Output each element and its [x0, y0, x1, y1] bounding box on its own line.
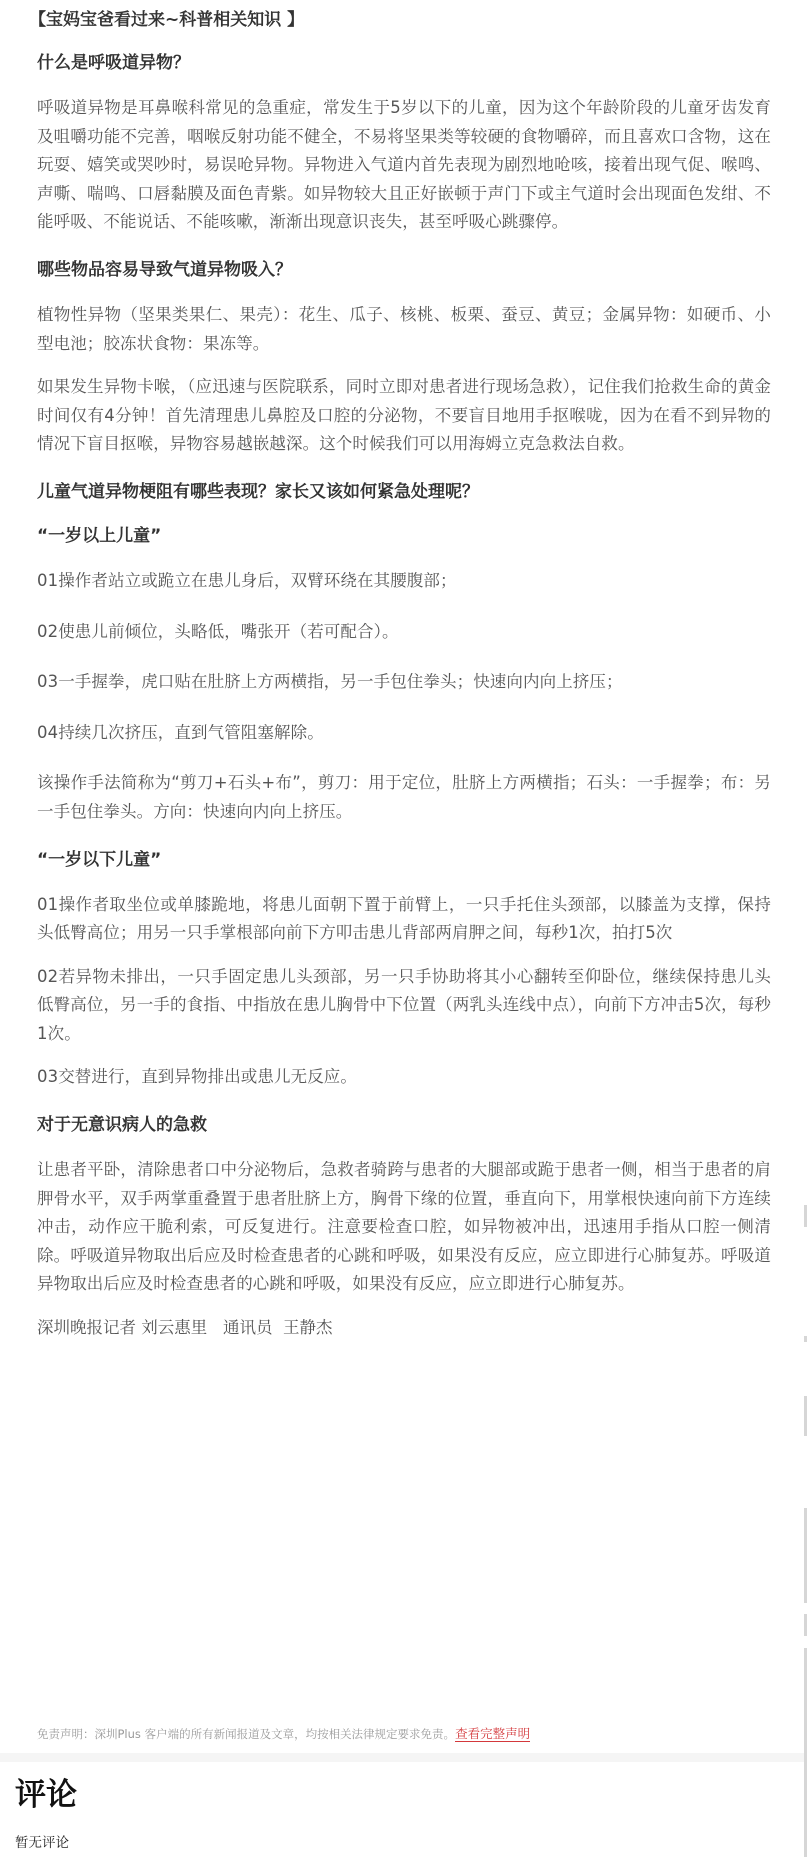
paragraph: 呼吸道异物是耳鼻喉科常见的急重症，常发生于5岁以下的儿童，因为这个年龄阶段的儿童…	[37, 94, 771, 237]
intro-heading: 【宝妈宝爸看过来~科普相关知识 】	[29, 0, 771, 40]
section-heading: “一岁以下儿童”	[37, 849, 771, 871]
comments-heading: 评论	[15, 1775, 77, 1815]
section-heading: 什么是呼吸道异物？	[37, 52, 771, 74]
section-heading: “一岁以上儿童”	[37, 525, 771, 547]
step-item: 03交替进行，直到异物排出或患儿无反应。	[37, 1063, 771, 1092]
paragraph: 如果发生异物卡喉，（应迅速与医院联系，同时立即对患者进行现场急救），记住我们抢救…	[37, 373, 771, 459]
disclaimer-text: 免责声明：深圳Plus 客户端的所有新闻报道及文章，均按相关法律规定要求免责。	[37, 1727, 455, 1741]
step-item: 01操作者站立或跪立在患儿身后，双臂环绕在其腰腹部；	[37, 567, 771, 596]
byline: 深圳晚报记者 刘云惠里 通讯员 王静杰	[37, 1314, 771, 1342]
step-item: 03一手握拳，虎口贴在肚脐上方两横指，另一手包住拳头；快速向内向上挤压；	[37, 668, 771, 697]
step-item: 04持续几次挤压，直到气管阻塞解除。	[37, 719, 771, 748]
no-comments-text: 暂无评论	[15, 1833, 69, 1853]
step-item: 02若异物未排出，一只手固定患儿头颈部，另一只手协助将其小心翻转至仰卧位，继续保…	[37, 963, 771, 1049]
paragraph: 让患者平卧，清除患者口中分泌物后，急救者骑跨与患者的大腿部或跪于患者一侧，相当于…	[37, 1156, 771, 1299]
section-heading: 儿童气道异物梗阻有哪些表现？家长又该如何紧急处理呢？	[37, 481, 771, 503]
step-item: 01操作者取坐位或单膝跪地，将患儿面朝下置于前臂上，一只手托住头颈部，以膝盖为支…	[37, 891, 771, 948]
paragraph: 该操作手法简称为“剪刀+石头+布”，剪刀：用于定位，肚脐上方两横指；石头：一手握…	[37, 769, 771, 826]
section-divider	[0, 1753, 807, 1762]
paragraph: 植物性异物（坚果类果仁、果壳）：花生、瓜子、核桃、板栗、蚕豆、黄豆；金属异物：如…	[37, 301, 771, 358]
section-heading: 哪些物品容易导致气道异物吸入？	[37, 259, 771, 281]
step-item: 02使患儿前倾位，头略低，嘴张开（若可配合）。	[37, 618, 771, 647]
article-body: 【宝妈宝爸看过来~科普相关知识 】 什么是呼吸道异物？ 呼吸道异物是耳鼻喉科常见…	[37, 0, 771, 1342]
disclaimer: 免责声明：深圳Plus 客户端的所有新闻报道及文章，均按相关法律规定要求免责。查…	[37, 1724, 530, 1744]
view-full-disclaimer-link[interactable]: 查看完整声明	[455, 1726, 530, 1742]
section-heading: 对于无意识病人的急救	[37, 1114, 771, 1136]
